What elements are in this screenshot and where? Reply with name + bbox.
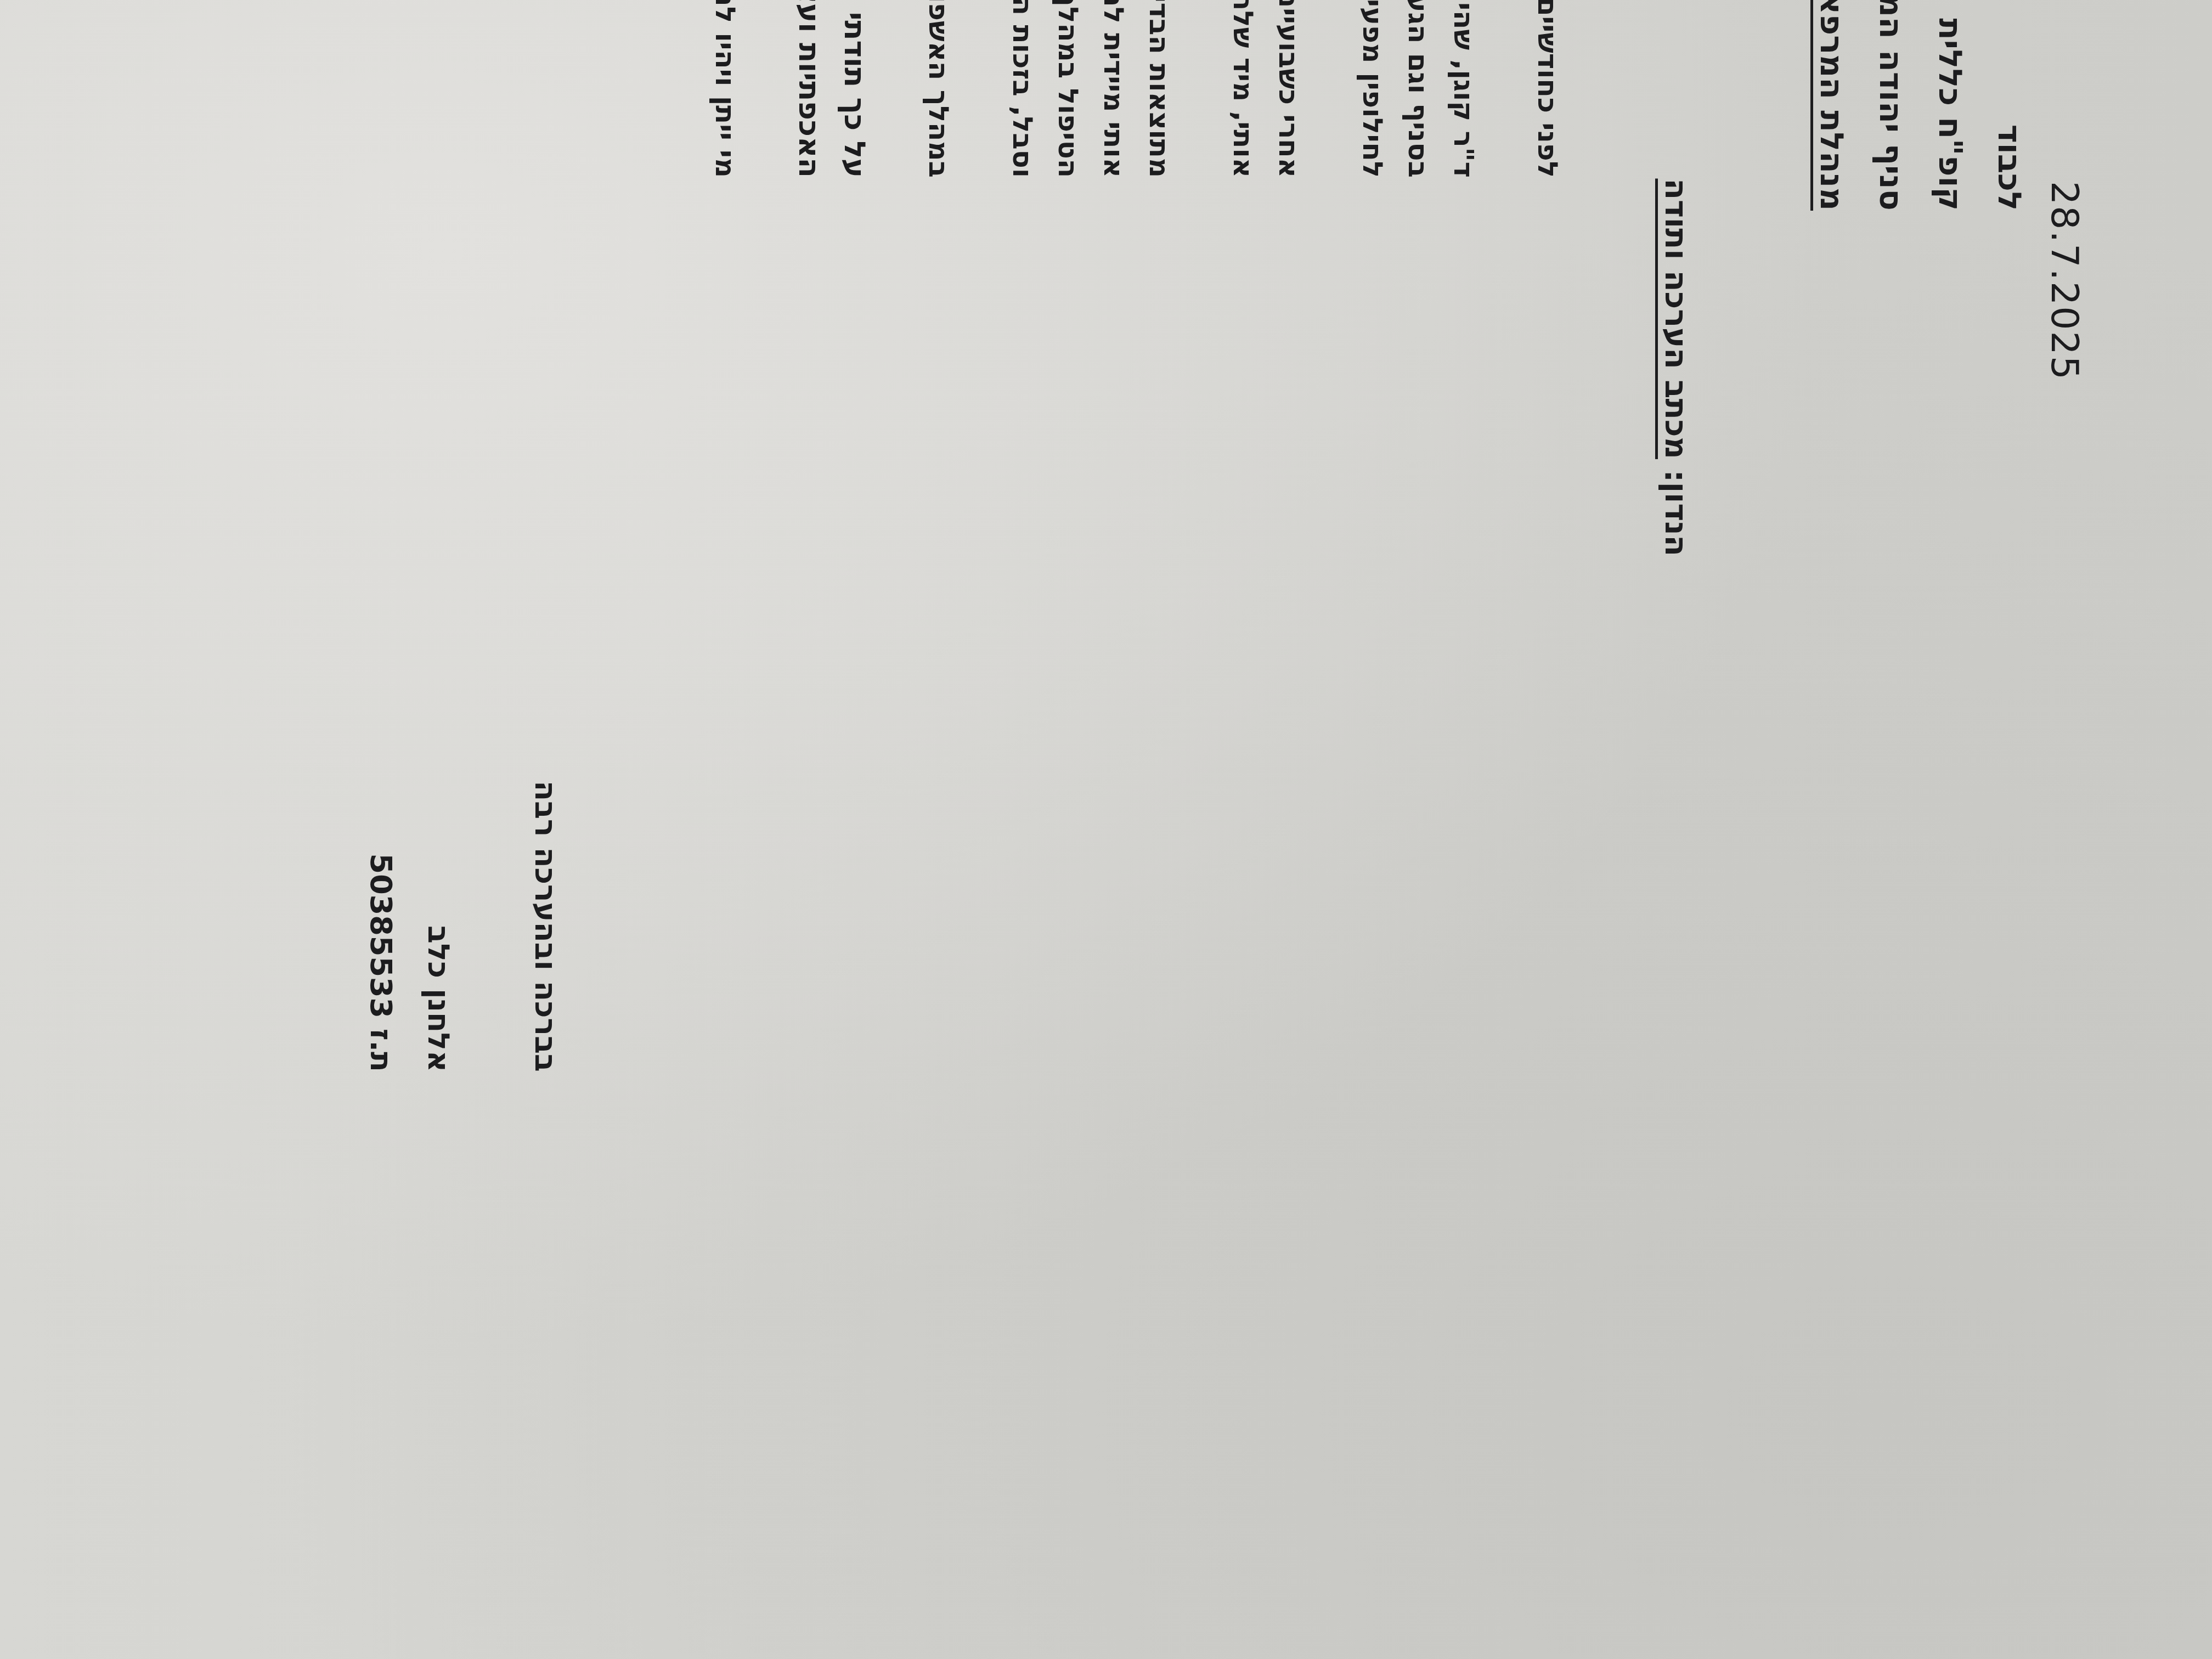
- paragraph-2: ד"ר קוגן, שהיא רופאת המשפחה שלי, הייתה ב…: [1350, 0, 1486, 178]
- paragraph-line: אחרי כשבועיים ד"ר קוגן חזרה מחופשתה. בבי…: [1266, 0, 1311, 178]
- paragraph-line: לפני כחודשיים, התחלתי לסבול מכאבי שרירים…: [1525, 0, 1570, 178]
- addressee-organization: קופ"ח כללית: [1921, 0, 1980, 211]
- paragraph-line: ד"ר קוגן, שהיא רופאת המשפחה שלי, הייתה ב…: [1441, 0, 1486, 178]
- paragraph-thanks-bold: על כך תודתי והערכתי הרבה לד"ר קוגן, על ה…: [786, 0, 877, 178]
- paragraph-line: אותי, מיד שלחה אותי לבדיקות דם מקיפות.: [1220, 0, 1266, 178]
- signature-block: בברכה ובהערכה רבה אלחנן כלב ת.ז 50385533: [352, 781, 574, 1072]
- subject-line: הנדון: מכתב הערכה ותודה: [1658, 178, 1694, 556]
- subject-text: מכתב הערכה ותודה: [1658, 178, 1694, 459]
- addressee-branch: סניף יהודה המכבי, קריית אונו: [1861, 0, 1921, 211]
- paragraph-line: בסניף וגם הגעתי ל"טרם". הנ"ל, אבחנו כי ש…: [1395, 0, 1441, 178]
- paragraph-5: במהלך האשפוז התקשרה אליי ד"ר קוגן לשאול …: [916, 0, 961, 178]
- letter-date: 28.7.2025: [2042, 181, 2086, 381]
- paragraph-line: לחילופין מפעילות ספורטיבית מאומצת.: [1350, 0, 1395, 178]
- paragraph-line: מי ייתן ויהיו לנו רופאים רבים שילכו בדרכ…: [702, 0, 748, 178]
- paragraph-line: מתוצאות הבדיקות, היא ראתה שהאוזינופילים …: [1136, 0, 1182, 178]
- paragraph-line: אותי מיידית לחדר מיון, בשל חשד לדלקת שרי…: [1091, 0, 1136, 178]
- paragraph-1: לפני כחודשיים, התחלתי לסבול מכאבי שרירים…: [1525, 0, 1570, 178]
- addressee-salutation: לכבוד: [1980, 0, 2039, 211]
- paragraph-line: על כך תודתי והערכתי הרבה לד"ר קוגן, על ה…: [832, 0, 877, 178]
- addressee-block: לכבוד קופ"ח כללית סניף יהודה המכבי, קריי…: [1802, 0, 2039, 211]
- paragraph-line: במהלך האשפוז התקשרה אליי ד"ר קוגן לשאול …: [916, 0, 961, 178]
- subject-label: הנדון:: [1658, 470, 1694, 556]
- paragraph-line: הטיפול במהלך האשפוז היה יעיל ומהיר ונחסכ…: [1045, 0, 1091, 178]
- paragraph-3: אחרי כשבועיים ד"ר קוגן חזרה מחופשתה. בבי…: [1220, 0, 1311, 178]
- paragraph-line: האכפתיות ועצם זה שראתה אותי כאדם בכאבו ו…: [786, 0, 832, 178]
- signer-id: ת.ז 50385533: [352, 781, 410, 1072]
- signer-name: אלחנן כלב: [410, 781, 467, 1072]
- closing-phrase: בברכה ובהערכה רבה: [517, 781, 574, 1072]
- paragraph-wish: מי ייתן ויהיו לנו רופאים רבים שילכו בדרכ…: [702, 0, 748, 178]
- addressee-clinic-manager: מנהלת המרפאה ד"ר פייגין מריה: [1802, 0, 1861, 211]
- paragraph-line: וסבל, בזכות הטיפול התרופתי המיידי שקיבלת…: [1000, 0, 1045, 178]
- letter-body: לפני כחודשיים, התחלתי לסבול מכאבי שרירים…: [664, 0, 1570, 178]
- paragraph-4: מתוצאות הבדיקות, היא ראתה שהאוזינופילים …: [1000, 0, 1182, 178]
- letter-sheet: 28.7.2025 לכבוד קופ"ח כללית סניף יהודה ה…: [0, 0, 2212, 1659]
